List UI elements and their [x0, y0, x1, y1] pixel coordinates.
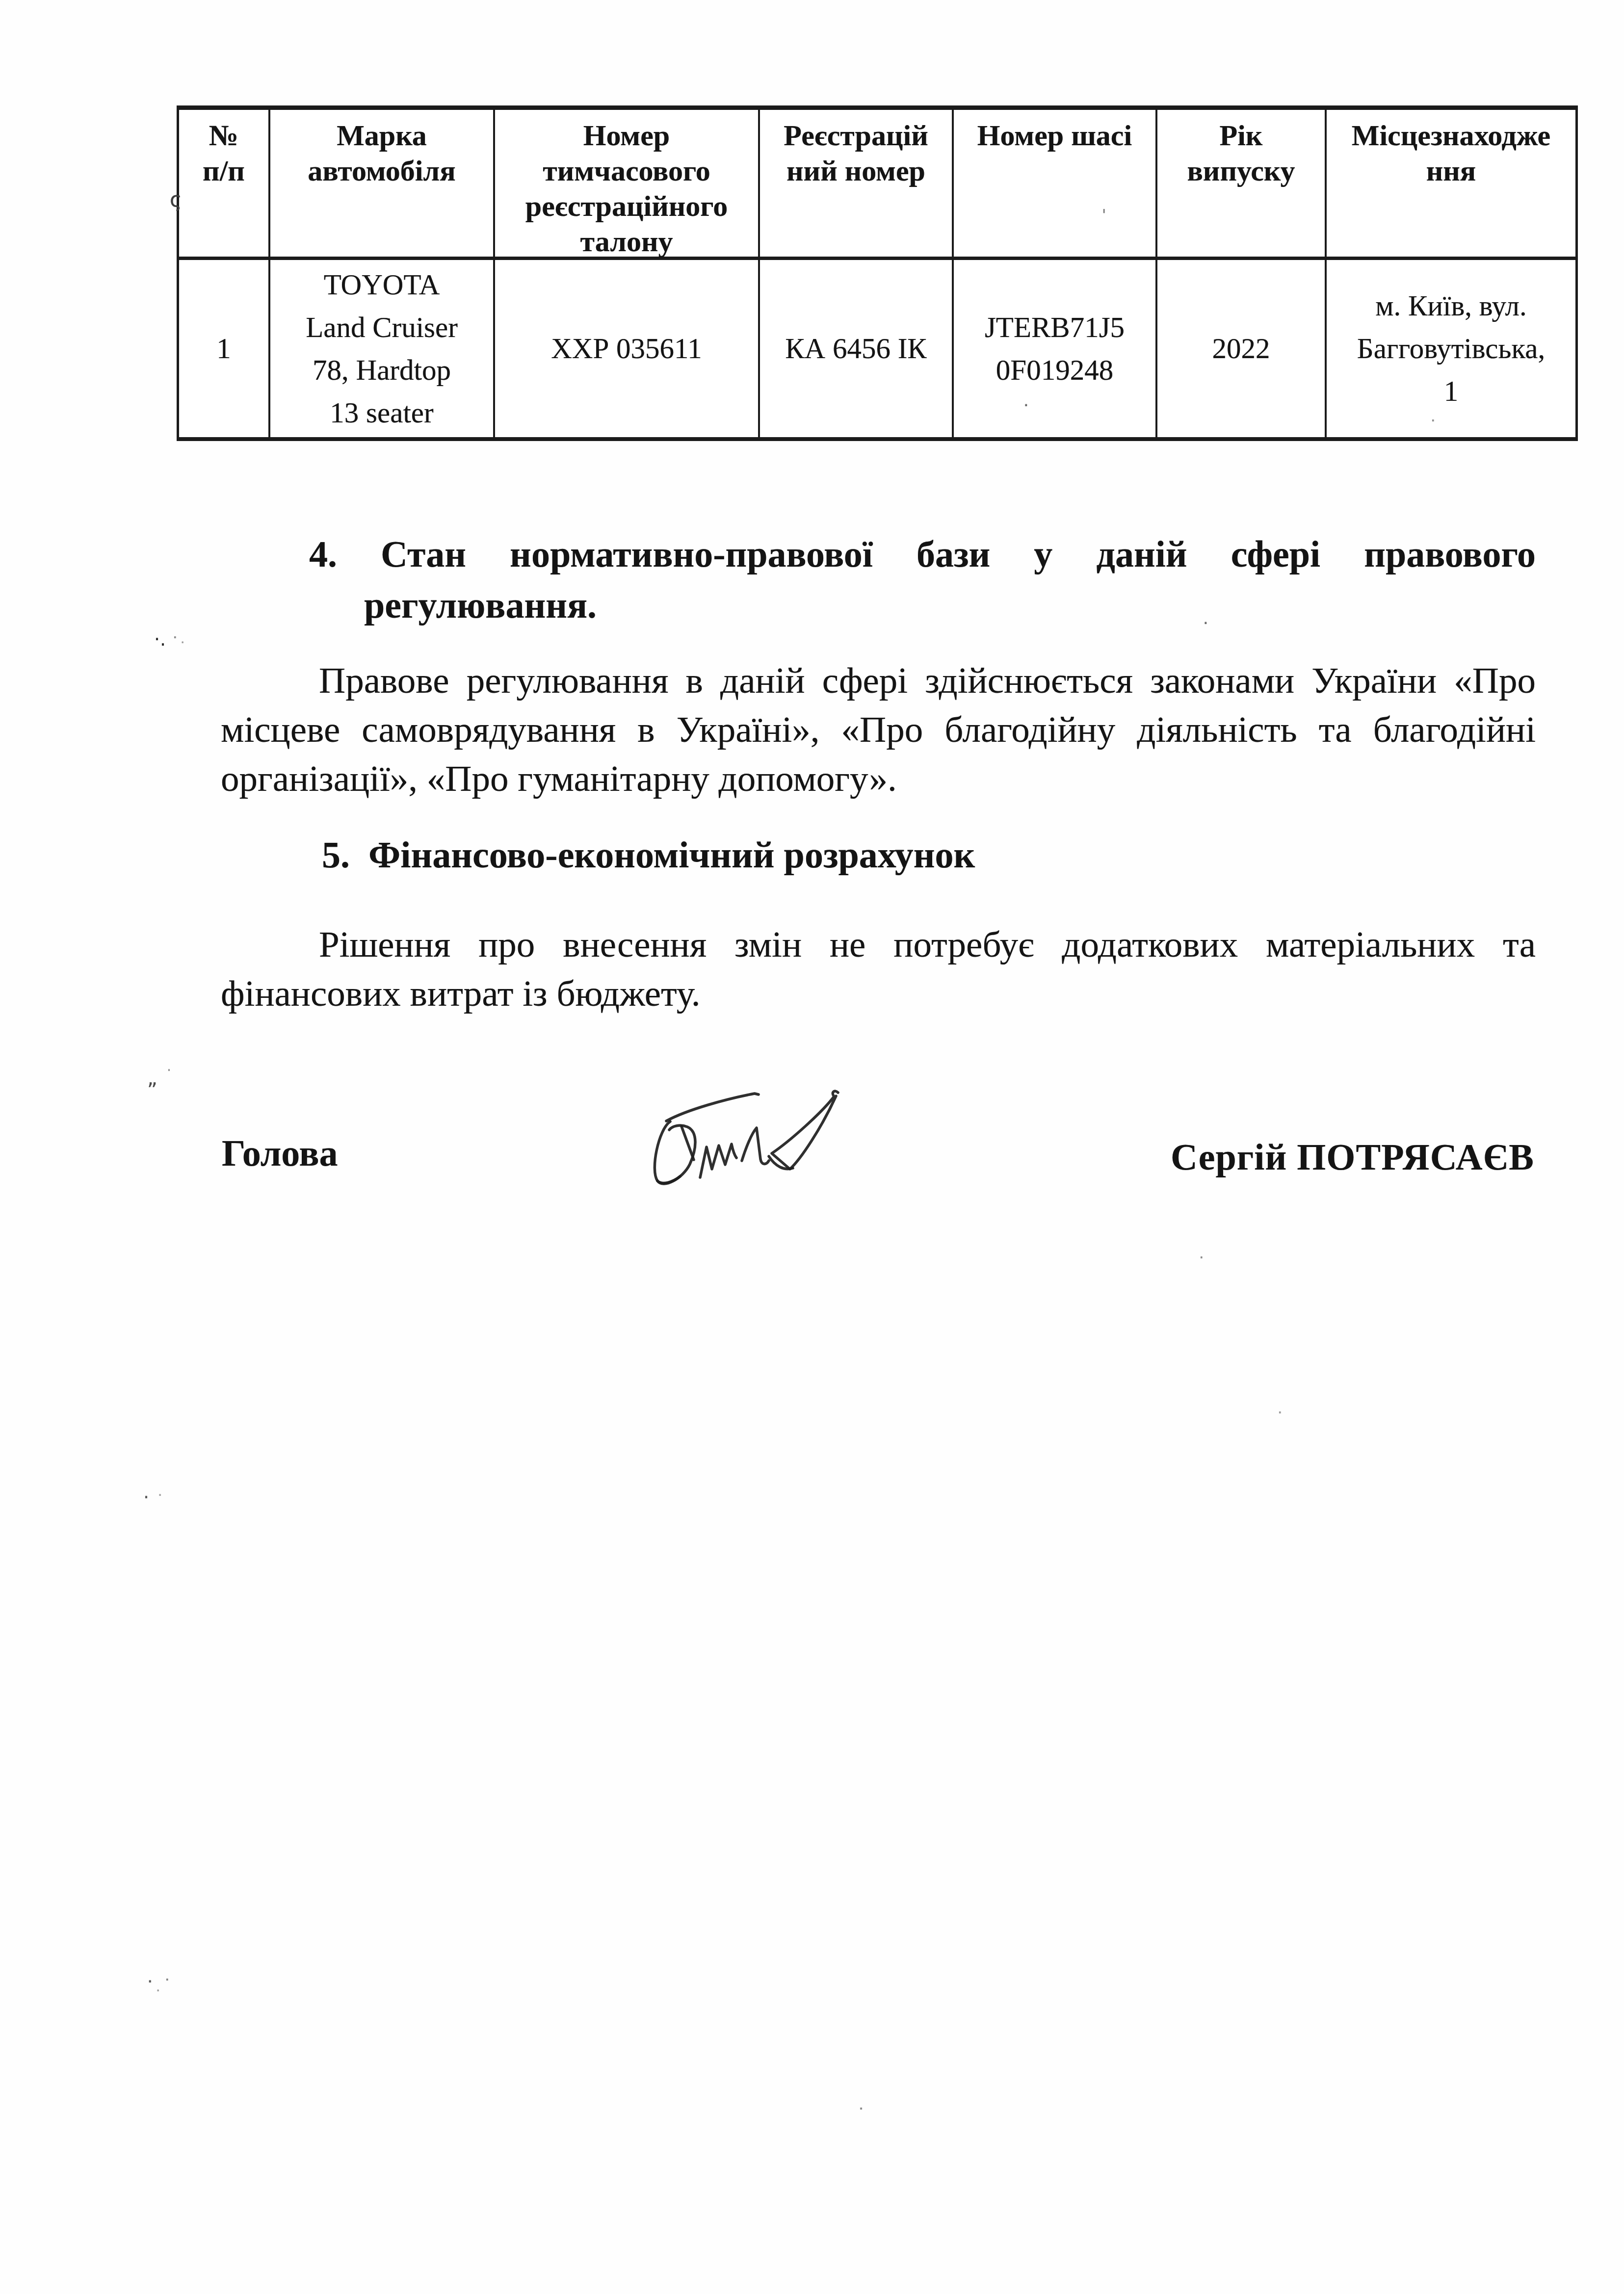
paragraph-line: Рішення про внесення змін не потребує до… [221, 920, 1536, 969]
scan-artifact: · [1203, 615, 1208, 632]
scan-artifact: · [173, 631, 178, 646]
scan-artifact: · [1431, 414, 1436, 429]
section-4-heading: 4. Стан нормативно-правової бази у даній… [309, 529, 1536, 631]
signature-stroke [772, 1091, 838, 1169]
signature-stroke [666, 1094, 759, 1121]
table-cell-temp-cert-number: ХХР 035611 [493, 260, 758, 437]
paragraph-line: місцеве самоврядування в Україні», «Про … [221, 705, 1536, 755]
paragraph-line: Правове регулювання в даній сфері здійсн… [221, 656, 1536, 705]
scan-artifact: · [181, 637, 184, 650]
signatory-role: Голова [222, 1132, 338, 1175]
scan-artifact: · [859, 2101, 864, 2116]
table-header-registration-number: Реєстрацій ний номер [758, 110, 952, 260]
scan-artifact: ς [170, 189, 182, 210]
paragraph-line: фінансових витрат із бюджету. [221, 969, 1536, 1018]
scan-artifact: · [167, 1064, 171, 1077]
scan-artifact: · [158, 1489, 162, 1502]
table-cell-location: м. Київ, вул. Багговутівська, 1 [1325, 260, 1575, 437]
scan-artifact: . [1023, 392, 1029, 409]
signatory-name: Сергій ПОТРЯСАЄВ [1171, 1136, 1534, 1179]
paragraph-line: організації», «Про гуманітарну допомогу»… [221, 755, 1536, 804]
table-header-make: Марка автомобіля [268, 110, 493, 260]
scan-artifact: „ [147, 1069, 157, 1088]
signature-stroke [657, 1176, 680, 1183]
scan-artifact: . [147, 1968, 153, 1986]
section-4-paragraph: Правове регулювання в даній сфері здійсн… [221, 656, 1536, 804]
handwritten-signature [628, 1055, 873, 1241]
table-cell-make: TOYOTA Land Cruiser 78, Hardtop 13 seate… [268, 260, 493, 437]
vehicle-table: № п/п Марка автомобіля Номер тимчасового… [177, 105, 1578, 441]
section-4-heading-line-2: регулювання. [309, 580, 1536, 631]
signature-stroke [700, 1144, 736, 1177]
signature-stroke [655, 1121, 695, 1184]
table-cell-year: 2022 [1155, 260, 1325, 437]
scan-artifact: · [165, 1973, 170, 1988]
section-5-paragraph: Рішення про внесення змін не потребує до… [221, 920, 1536, 1018]
signature-stroke [742, 1128, 769, 1164]
scanned-document-page: № п/п Марка автомобіля Номер тимчасового… [0, 0, 1624, 2294]
table-cell-chassis-number: JTERB71J5 0F019248 [952, 260, 1155, 437]
table-header-location: Місцезнаходже ння [1325, 110, 1575, 260]
section-4-heading-line-1: 4. Стан нормативно-правової бази у даній… [309, 529, 1536, 580]
scan-artifact: . [143, 1483, 149, 1501]
table-header-number: № п/п [179, 110, 268, 260]
scan-artifact: · [1278, 1406, 1283, 1421]
section-5-heading: 5. Фінансово-економічний розрахунок [322, 834, 975, 877]
table-cell-number: 1 [179, 260, 268, 437]
table-cell-registration-number: КА 6456 ІК [758, 260, 952, 437]
table-header-chassis-number: Номер шасі [952, 110, 1155, 260]
scan-artifact: ·. [154, 630, 166, 649]
scan-artifact: . [156, 1981, 160, 1994]
table-header-temp-cert-number: Номер тимчасового реєстраційного талону [493, 110, 758, 260]
table-header-year: Рік випуску [1155, 110, 1325, 260]
scan-artifact: · [1199, 1251, 1204, 1266]
scan-artifact: ' [1102, 208, 1106, 223]
